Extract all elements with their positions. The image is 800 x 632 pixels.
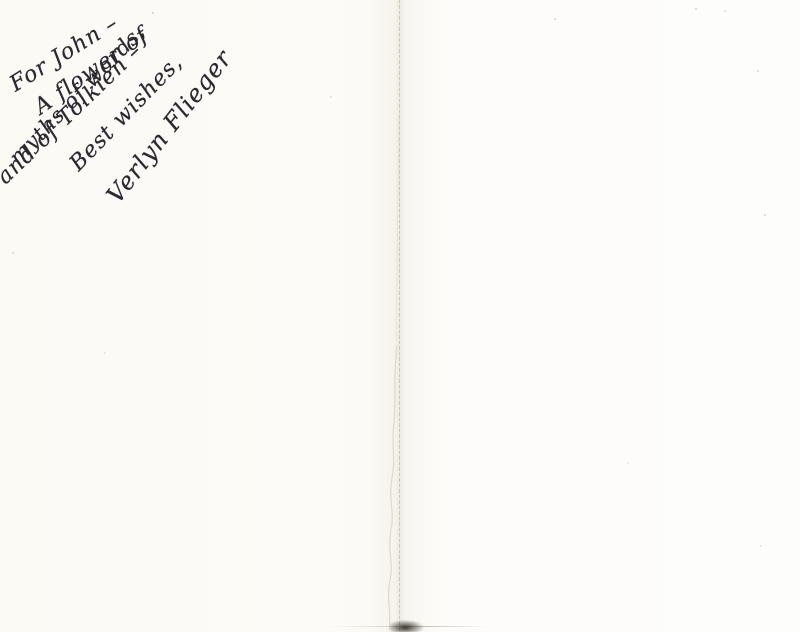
center-fold-line	[399, 0, 400, 632]
book-spread-scan: For John – A flower of myths of words, a…	[0, 0, 800, 632]
left-page: For John – A flower of myths of words, a…	[0, 0, 400, 632]
handwritten-inscription: For John – A flower of myths of words, a…	[0, 0, 300, 240]
fold-bottom-smudge	[390, 620, 424, 632]
right-page: His dream an emblem to us of the life of…	[400, 0, 800, 632]
paper-dust-specks	[0, 0, 2, 2]
